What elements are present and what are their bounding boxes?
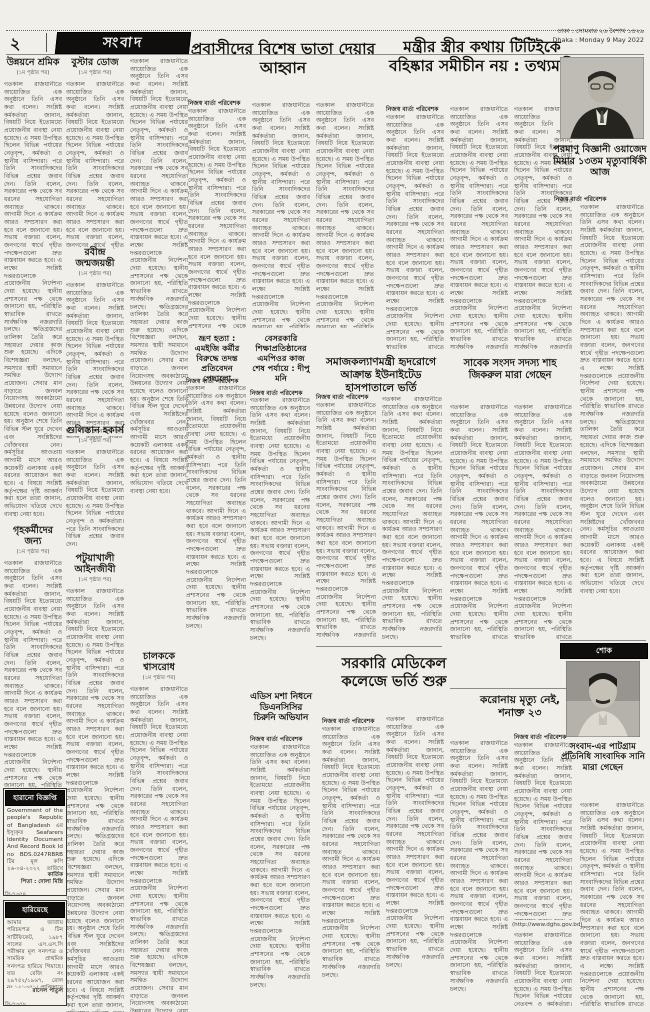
classified-harano-box: হারানো বিজ্ঞপ্তি Government of the peopl… xyxy=(3,788,67,896)
story-body: গতকাল রাজধানীতে আয়োজিত এক অনুষ্ঠানে তিন… xyxy=(66,588,124,1012)
medical-col-3: গতকাল রাজধানীতে আয়োজিত এক অনুষ্ঠানে তিন… xyxy=(450,740,508,1006)
probashi-col-3: গতকাল রাজধানীতে আয়োজিত এক অনুষ্ঠানে তিন… xyxy=(316,102,374,328)
medical-col-1: গতকাল রাজধানীতে আয়োজিত এক অনুষ্ঠানে তিন… xyxy=(322,726,380,1006)
header-divider xyxy=(46,33,47,52)
obituary-caption: সংবাদ-এর পাটগ্রাম প্রতিনিধি সাংবাদিক সান… xyxy=(556,742,650,773)
section-rule xyxy=(316,646,442,647)
jump-headline: গুলিস্তান হকার্স xyxy=(66,426,124,437)
story-grihokormi: গৃহকর্মীদের জন্য (১ম পৃষ্ঠার পর) গতকাল র… xyxy=(4,526,62,796)
somaj-col-1: গতকাল রাজধানীতে আয়োজিত এক অনুষ্ঠানে তিন… xyxy=(316,402,376,640)
story-unnoyone-sromik: উন্নয়নে শ্রমিক (১ম পৃষ্ঠার পর) গতকাল রা… xyxy=(4,58,62,529)
obituary-follow-column: গতকাল রাজধানীতে আয়োজিত এক অনুষ্ঠানে তিন… xyxy=(580,802,644,1006)
classified-body: Government of the people's Republic of B… xyxy=(7,808,63,872)
vrun-body-column: গতকাল রাজধানীতে আয়োজিত এক অনুষ্ঠানে তিন… xyxy=(186,385,246,643)
headline-wazed-mia: পরমাণু বিজ্ঞানী ওয়াজেদ মিয়ার ১৩তম মৃত্… xyxy=(552,144,648,179)
story-body: গতকাল রাজধানীতে আয়োজিত এক অনুষ্ঠানে তিন… xyxy=(66,81,124,249)
dateline-bn: ঢাকা : সোমবার ২৬ বৈশাখ ১৪২৯ xyxy=(420,27,644,36)
story-gulistan: গুলিস্তান হকার্স (১ম পৃষ্ঠার পর) গতকাল র… xyxy=(66,426,124,553)
continued-note: (১ম পৃষ্ঠার পর) xyxy=(130,675,188,683)
corona-url-line: (http://www.dghs.gov.bd) xyxy=(512,922,574,928)
headline-corona: করোনায় মৃত্যু নেই, শনাক্ত ২৩ xyxy=(476,694,564,720)
headline-edis-mosha: এডিস মশা নিধনে ডিএনসিসির চিরুনি অভিযান xyxy=(250,692,312,724)
continued-note: (১ম পৃষ্ঠার পর) xyxy=(4,70,62,78)
story-booster-dose: বুস্টার ডোজ (১ম পৃষ্ঠার পর) গতকাল রাজধান… xyxy=(66,58,124,249)
story-body: গতকাল রাজধানীতে আয়োজিত এক অনুষ্ঠানে তিন… xyxy=(4,81,62,529)
sabek-col-2: গতকাল রাজধানীতে আয়োজিত এক অনুষ্ঠানে তিন… xyxy=(514,404,572,640)
classified-ref-number: সি-৭৩৫৪ xyxy=(5,892,26,900)
edis-body-column: গতকাল রাজধানীতে আয়োজিত এক অনুষ্ঠানে তিন… xyxy=(250,744,310,1004)
jump-headline: বুস্টার ডোজ xyxy=(66,58,124,69)
medical-col-2: গতকাল রাজধানীতে আয়োজিত এক অনুষ্ঠানে তিন… xyxy=(386,716,444,1006)
headline-besorkari: বেসরকারি শিক্ষাপ্রতিষ্ঠানের এমপিওর কাজ শ… xyxy=(250,333,312,383)
probashi-col-2: গতকাল রাজধানীতে আয়োজিত এক অনুষ্ঠানে তিন… xyxy=(252,102,310,328)
continued-note: (১ম পৃষ্ঠার পর) xyxy=(4,549,62,557)
montrir-col-2: গতকাল রাজধানীতে আয়োজিত এক অনুষ্ঠানে তিন… xyxy=(450,106,508,352)
continued-note: (১ম পৃষ্ঠার পর) xyxy=(66,438,124,446)
classified-hariyeche-box: হারিয়েছে আমার জাতীয় পরিচয়পত্র ও টিন স… xyxy=(3,900,67,1006)
wazed-body-column: গতকাল রাজধানীতে আয়োজিত এক অনুষ্ঠানে তিন… xyxy=(580,204,644,638)
headline-montrir-strir: মন্ত্রীর স্ত্রীর কথায় টিটিইকে বহিষ্কার … xyxy=(384,38,580,76)
masthead-logo: সংবাদ xyxy=(55,32,191,54)
jump-headline: রবীন্দ্র জন্মজয়ন্তী xyxy=(66,248,124,270)
obituary-photo-graphic xyxy=(566,661,640,737)
montrir-col-1: গতকাল রাজধানীতে আয়োজিত এক অনুষ্ঠানে তিন… xyxy=(386,114,444,352)
newspaper-page: ২ সংবাদ ঢাকা : সোমবার ২৬ বৈশাখ ১৪২৯ Dhak… xyxy=(0,0,650,1012)
story-rabindra: রবীন্দ্র জন্মজয়ন্তী (১ম পৃষ্ঠার পর) গতক… xyxy=(66,248,124,438)
story-body: গতকাল রাজধানীতে আয়োজিত এক অনুষ্ঠানে তিন… xyxy=(66,282,124,438)
sabek-col-1: গতকাল রাজধানীতে আয়োজিত এক অনুষ্ঠানে তিন… xyxy=(450,404,508,640)
headline-probashi: প্রবাসীদের বিশেষ ভাতা দেয়ার আহ্বান xyxy=(188,40,378,78)
section-rule xyxy=(560,640,646,641)
corona-body-tail: গতকাল রাজধানীতে আয়োজিত এক অনুষ্ঠানে তিন… xyxy=(514,932,572,1006)
classified-header: হারিয়েছে xyxy=(5,902,65,918)
jump-headline: গৃহকর্মীদের জন্য xyxy=(4,526,62,548)
jump-headline: উন্নয়নে শ্রমিক xyxy=(4,58,62,69)
story-body: গতকাল রাজধানীতে আয়োজিত এক অনুষ্ঠানে তিন… xyxy=(4,560,62,796)
classified-header: হারানো বিজ্ঞপ্তি xyxy=(5,790,65,806)
classified-signature: রাসেল পাতুল xyxy=(7,988,63,995)
section-rule xyxy=(450,688,568,689)
story-body: গতকাল রাজধানীতে আয়োজিত এক অনুষ্ঠানে তিন… xyxy=(66,449,124,553)
classified-body: আমার জাতীয় পরিচয়পত্র ও টিন সার্টিফিকেট… xyxy=(7,920,63,988)
jump-headline: পটুয়াখালী আইনজীবী xyxy=(66,554,124,576)
continued-note: (১ম পৃষ্ঠার পর) xyxy=(66,70,124,78)
classified-signature-line2: পিতা : দোলা মিস্ত্রি xyxy=(7,879,63,886)
headline-medical: সরকারি মেডিকেল কলেজে ভর্তি শুরু xyxy=(326,656,462,691)
jump-headline: চালককে শ্বাসরোধ xyxy=(130,652,188,674)
portrait-photo-graphic xyxy=(560,57,644,139)
continued-note: (১ম পৃষ্ঠার পর) xyxy=(66,271,124,279)
probashi-col-1: গতকাল রাজধানীতে আয়োজিত এক অনুষ্ঠানে তিন… xyxy=(188,108,246,328)
story-body: গতকাল রাজধানীতে আয়োজিত এক অনুষ্ঠানে তিন… xyxy=(130,686,188,1012)
headline-somajkollan: সমাজকল্যাণমন্ত্রী হৃদরোগে আক্রান্ত ইউনাই… xyxy=(316,356,446,394)
story-chalok: চালককে শ্বাসরোধ (১ম পৃষ্ঠার পর) গতকাল রা… xyxy=(130,652,188,1012)
wazed-mia-photo xyxy=(560,57,644,139)
obituary-header: শোক xyxy=(560,643,648,659)
story-patuakhali: পটুয়াখালী আইনজীবী (১ম পৃষ্ঠার পর) গতকাল… xyxy=(66,554,124,1012)
besorkari-body-column: গতকাল রাজধানীতে আয়োজিত এক অনুষ্ঠানে তিন… xyxy=(250,397,310,685)
continuation-text-column: গতকাল রাজধানীতে আয়োজিত এক অনুষ্ঠানে তিন… xyxy=(130,58,188,646)
classified-ref-number: সি-৭৩৫৮ xyxy=(5,1002,26,1010)
obituary-photo xyxy=(566,661,640,737)
somaj-col-2: গতকাল রাজধানীতে আয়োজিত এক অনুষ্ঠানে তিন… xyxy=(382,396,442,640)
continued-note: (১ম পৃষ্ঠার পর) xyxy=(66,577,124,585)
montrir-col-3: গতকাল রাজধানীতে আয়োজিত এক অনুষ্ঠানে তিন… xyxy=(514,106,572,352)
headline-sabek-songsod: সাবেক সংসদ সদস্য শাহ জিকরুল মারা গেছেন xyxy=(452,358,568,382)
